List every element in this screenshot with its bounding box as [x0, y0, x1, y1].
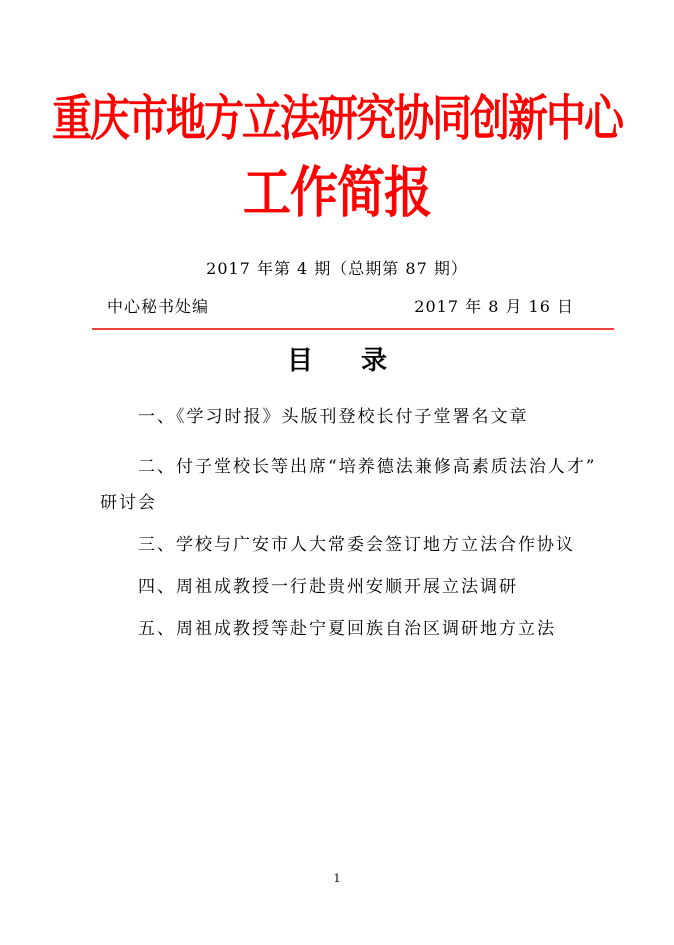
- toc-heading-char-1: 目: [287, 340, 313, 377]
- toc-heading-char-2: 录: [361, 340, 387, 377]
- toc-item-3: 三、学校与广安市人大常委会签订地方立法合作协议: [138, 530, 575, 555]
- toc-item-1: 一、《学习时报》头版刊登校长付子堂署名文章: [138, 402, 529, 427]
- masthead-subtitle: 工作简报: [0, 148, 674, 227]
- toc-item-4: 四、周祖成教授一行赴贵州安顺开展立法调研: [138, 572, 518, 597]
- toc-item-2-continuation: 研讨会: [100, 488, 157, 513]
- publish-date: 2017 年 8 月 16 日: [414, 294, 574, 317]
- red-divider: [92, 328, 614, 330]
- document-page: 重庆市地方立法研究协同创新中心 工作简报 2017 年第 4 期（总期第 87 …: [0, 0, 674, 945]
- masthead-title: 重庆市地方立法研究协同创新中心: [0, 80, 674, 150]
- issue-number: 2017 年第 4 期（总期第 87 期）: [0, 256, 674, 279]
- page-number: 1: [0, 872, 674, 885]
- toc-heading: 目录: [0, 340, 674, 377]
- toc-item-5: 五、周祖成教授等赴宁夏回族自治区调研地方立法: [138, 614, 556, 639]
- toc-item-2: 二、付子堂校长等出席“培养德法兼修高素质法治人才”: [138, 452, 596, 477]
- editor-label: 中心秘书处编: [107, 294, 209, 317]
